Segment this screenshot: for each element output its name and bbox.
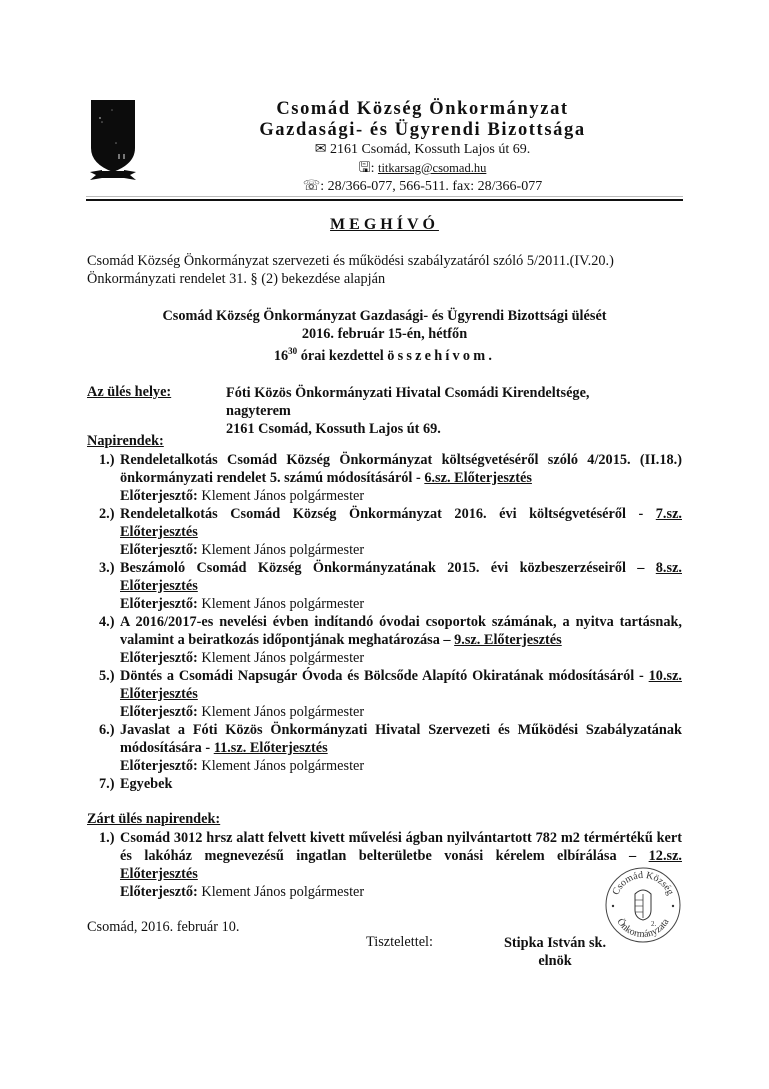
closed-agenda-list: 1.)Csomád 3012 hrsz alatt felvett kivett… (87, 829, 682, 901)
email-link[interactable]: titkarsag@csomad.hu (378, 161, 486, 175)
agenda-item: 1.)Rendeletalkotás Csomád Község Önkormá… (87, 451, 682, 505)
time-suffix: órai kezdettel (297, 348, 387, 364)
venue-line: 2161 Csomád, Kossuth Lajos út 69. (226, 420, 590, 438)
agenda-item-title: Javaslat a Fóti Közös Önkormányzati Hiva… (120, 721, 682, 757)
agenda-item-title: A 2016/2017-es nevelési évben indítandó … (120, 613, 682, 649)
agenda-item: 3.)Beszámoló Csomád Község Önkormányzatá… (87, 559, 682, 613)
agenda-item: 1.)Csomád 3012 hrsz alatt felvett kivett… (87, 829, 682, 901)
meeting-date: 2016. február 15-én, hétfőn (87, 326, 682, 344)
presenter-name: Klement János polgármester (198, 884, 364, 900)
presenter-line: Előterjesztő: Klement János polgármester (120, 595, 682, 613)
agenda-item-number: 1.) (99, 451, 114, 469)
agenda-item-number: 1.) (99, 829, 114, 847)
org-name: Csomád Község Önkormányzat (240, 99, 605, 120)
presenter-name: Klement János polgármester (198, 596, 364, 612)
venue-line: nagyterem (226, 402, 590, 420)
agenda-list: 1.)Rendeletalkotás Csomád Község Önkormá… (87, 451, 682, 793)
address-text: 2161 Csomád, Kossuth Lajos út 69. (330, 142, 530, 157)
presenter-name: Klement János polgármester (198, 650, 364, 666)
proposal-reference-link[interactable]: 11.sz. Előterjesztés (214, 740, 328, 756)
agenda-item-title: Döntés a Csomádi Napsugár Óvoda és Bölcs… (120, 667, 682, 703)
proposal-reference-link[interactable]: 6.sz. Előterjesztés (424, 470, 532, 486)
agenda-item-text: Döntés a Csomádi Napsugár Óvoda és Bölcs… (120, 668, 649, 684)
agenda-item-text: Egyebek (120, 776, 172, 792)
email-prefix: : (371, 161, 375, 176)
agenda-item: 4.)A 2016/2017-es nevelési évben indítan… (87, 613, 682, 667)
svg-text:Csomád Község: Csomád Község (610, 870, 675, 897)
signer-title: elnök (470, 952, 640, 970)
agenda-item-number: 4.) (99, 613, 114, 631)
time-hour: 16 (274, 348, 288, 364)
agenda-item-number: 5.) (99, 667, 114, 685)
agenda-item-title: Rendeletalkotás Csomád Község Önkormányz… (120, 505, 682, 541)
letterhead: Csomád Község Önkormányzat Gazdasági- és… (240, 99, 605, 196)
presenter-line: Előterjesztő: Klement János polgármester (120, 541, 682, 559)
agenda-item: 7.)Egyebek (87, 775, 682, 793)
document-title: MEGHÍVÓ (0, 216, 769, 234)
agenda-item: 2.)Rendeletalkotás Csomád Község Önkormá… (87, 505, 682, 559)
computer-icon: 🖫 (359, 161, 371, 176)
agenda-item-number: 2.) (99, 505, 114, 523)
header-divider-thin (86, 196, 683, 197)
committee-name: Gazdasági- és Ügyrendi Bizottsága (240, 120, 605, 141)
coat-of-arms-icon (88, 98, 138, 184)
presenter-line: Előterjesztő: Klement János polgármester (120, 649, 682, 667)
legal-basis-paragraph: Csomád Község Önkormányzat szervezeti és… (87, 252, 687, 288)
agenda-item-number: 6.) (99, 721, 114, 739)
header-divider (86, 199, 683, 201)
phone-text: : 28/366-077, 566-511. fax: 28/366-077 (320, 179, 542, 194)
time-minute: 30 (288, 346, 297, 356)
presenter-line: Előterjesztő: Klement János polgármester (120, 757, 682, 775)
phone-line: ☏: 28/366-077, 566-511. fax: 28/366-077 (240, 178, 605, 196)
presenter-line: Előterjesztő: Klement János polgármester (120, 883, 682, 901)
agenda-label: Napirendek: (87, 433, 164, 450)
agenda-item-text: Javaslat a Fóti Közös Önkormányzati Hiva… (120, 722, 682, 756)
meeting-convocation: Csomád Község Önkormányzat Gazdasági- és… (87, 308, 682, 365)
address-line: ✉ 2161 Csomád, Kossuth Lajos út 69. (240, 141, 605, 159)
meeting-time: 1630 órai kezdettel összehívom. (87, 343, 682, 365)
invitation-document: Csomád Község Önkormányzat Gazdasági- és… (0, 0, 769, 1089)
venue-label: Az ülés helye: (87, 384, 171, 401)
telephone-icon: ☏ (303, 179, 321, 194)
presenter-label: Előterjesztő: (120, 488, 198, 504)
presenter-label: Előterjesztő: (120, 884, 198, 900)
agenda-item-title: Egyebek (120, 775, 682, 793)
venue-line: Fóti Közös Önkormányzati Hivatal Csomádi… (226, 384, 590, 402)
presenter-name: Klement János polgármester (198, 758, 364, 774)
presenter-name: Klement János polgármester (198, 704, 364, 720)
presenter-label: Előterjesztő: (120, 596, 198, 612)
presenter-name: Klement János polgármester (198, 488, 364, 504)
agenda-item-number: 3.) (99, 559, 114, 577)
presenter-label: Előterjesztő: (120, 542, 198, 558)
convene-verb: összehívom. (387, 348, 495, 364)
presenter-label: Előterjesztő: (120, 758, 198, 774)
agenda-item-text: Rendeletalkotás Csomád Község Önkormányz… (120, 452, 682, 486)
agenda-item-title: Csomád 3012 hrsz alatt felvett kivett mű… (120, 829, 682, 883)
presenter-line: Előterjesztő: Klement János polgármester (120, 487, 682, 505)
envelope-icon: ✉ (315, 142, 327, 157)
regards-text: Tisztelettel: (366, 934, 433, 951)
agenda-item: 6.)Javaslat a Fóti Közös Önkormányzati H… (87, 721, 682, 775)
official-stamp-icon: Csomád Község Önkormányzata 2. (604, 866, 682, 944)
agenda-item-text: A 2016/2017-es nevelési évben indítandó … (120, 614, 682, 648)
agenda-item-title: Beszámoló Csomád Község Önkormányzatának… (120, 559, 682, 595)
presenter-label: Előterjesztő: (120, 704, 198, 720)
venue-address: Fóti Közös Önkormányzati Hivatal Csomádi… (226, 384, 590, 438)
svg-text:2.: 2. (651, 920, 657, 928)
closed-agenda-label: Zárt ülés napirendek: (87, 811, 220, 828)
email-line: 🖫: titkarsag@csomad.hu (240, 159, 605, 178)
agenda-item-text: Beszámoló Csomád Község Önkormányzatának… (120, 560, 656, 576)
agenda-item-text: Rendeletalkotás Csomád Község Önkormányz… (120, 506, 656, 522)
agenda-item-number: 7.) (99, 775, 114, 793)
agenda-item-title: Rendeletalkotás Csomád Község Önkormányz… (120, 451, 682, 487)
presenter-label: Előterjesztő: (120, 650, 198, 666)
proposal-reference-link[interactable]: 9.sz. Előterjesztés (454, 632, 562, 648)
agenda-item-text: Csomád 3012 hrsz alatt felvett kivett mű… (120, 830, 682, 864)
place-and-date: Csomád, 2016. február 10. (87, 919, 239, 936)
convocation-line-1: Csomád Község Önkormányzat Gazdasági- és… (87, 308, 682, 326)
presenter-line: Előterjesztő: Klement János polgármester (120, 703, 682, 721)
agenda-item: 5.)Döntés a Csomádi Napsugár Óvoda és Bö… (87, 667, 682, 721)
presenter-name: Klement János polgármester (198, 542, 364, 558)
